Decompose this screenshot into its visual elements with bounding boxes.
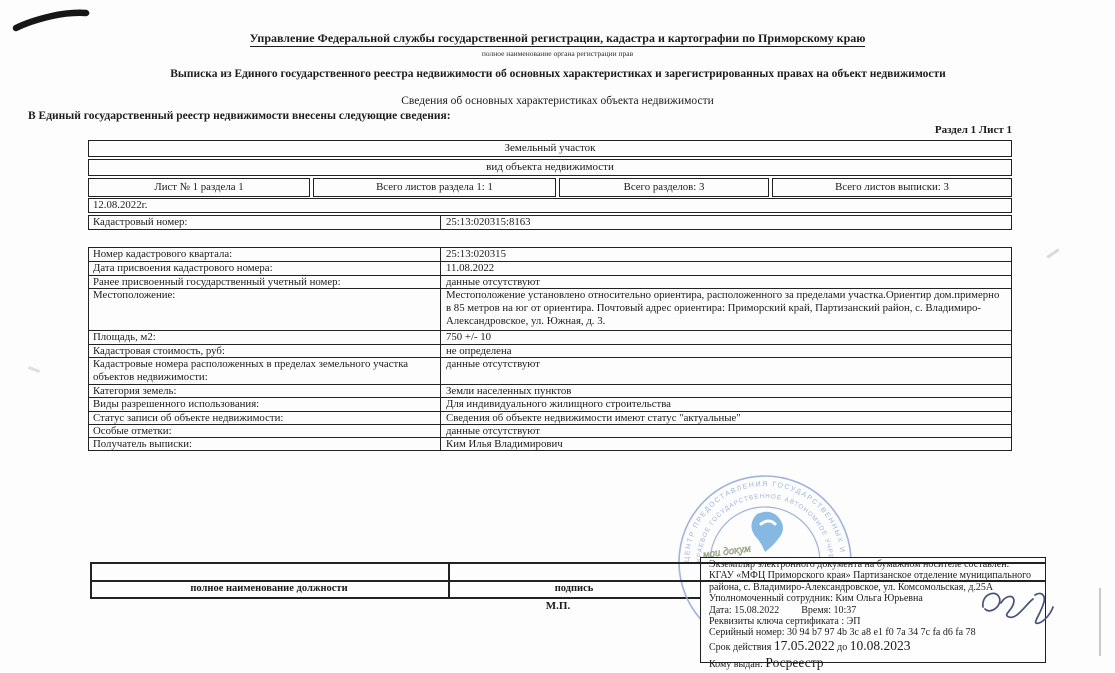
- row-label: Номер кадастрового квартала:: [89, 248, 441, 261]
- position-column-header: полное наименование должности: [90, 581, 448, 597]
- row-label: Статус записи об объекте недвижимости:: [89, 412, 441, 424]
- table-row: Виды разрешенного использования: Для инд…: [89, 397, 1011, 411]
- object-type-cell: Земельный участок: [88, 140, 1012, 157]
- table-row: Дата присвоения кадастрового номера: 11.…: [89, 261, 1011, 275]
- intro-line: В Единый государственный реестр недвижим…: [28, 110, 451, 122]
- row-label: Получатель выписки:: [89, 438, 441, 450]
- table-row: Особые отметки: данные отсутствуют: [89, 424, 1011, 437]
- row-label: Местоположение:: [89, 289, 441, 330]
- document-page: Управление Федеральной службы государств…: [0, 0, 1115, 673]
- sheet-cell-list: Лист № 1 раздела 1: [88, 178, 310, 197]
- scan-artifact-smudge: [1046, 248, 1059, 258]
- validity-prefix: Срок действия: [709, 642, 771, 653]
- extract-date-cell: 12.08.2022г.: [88, 198, 1012, 213]
- row-label: Особые отметки:: [89, 425, 441, 437]
- table-row: Номер кадастрового квартала: 25:13:02031…: [89, 248, 1011, 261]
- row-value: данные отсутствуют: [441, 358, 1011, 384]
- row-value: Земли населенных пунктов: [441, 385, 1011, 397]
- sheet-cell-total-sections: Всего разделов: 3: [559, 178, 769, 197]
- sheet-counts-row: Лист № 1 раздела 1 Всего листов раздела …: [88, 178, 1012, 197]
- validity-to-word: до: [837, 642, 847, 653]
- scan-artifact-line: [1099, 588, 1101, 656]
- signature-table-bottom-border: [90, 597, 700, 599]
- issued-value: Росреестр: [765, 655, 823, 670]
- validity-from-date: 17.05.2022: [774, 638, 835, 653]
- table-row: Категория земель: Земли населенных пункт…: [89, 384, 1011, 397]
- table-row: Статус записи об объекте недвижимости: С…: [89, 411, 1011, 424]
- registration-authority-title: Управление Федеральной службы государств…: [0, 31, 1115, 46]
- object-type-caption-cell: вид объекта недвижимости: [88, 159, 1012, 176]
- cert-issued-line: Кому выдан: Росреестр: [709, 655, 1045, 672]
- row-value: Сведения об объекте недвижимости имеют с…: [441, 412, 1011, 424]
- authority-caption: полное наименование органа регистрации п…: [0, 49, 1115, 58]
- cadastral-number-label: Кадастровый номер:: [89, 216, 441, 229]
- row-value: 25:13:020315: [441, 248, 1011, 261]
- row-value: Местоположение установлено относительно …: [441, 289, 1011, 330]
- row-value: данные отсутствуют: [441, 425, 1011, 437]
- signature-table-mid-border: [90, 580, 1046, 582]
- row-value: 11.08.2022: [441, 262, 1011, 275]
- officer-signature-scribble: [975, 585, 1057, 629]
- scan-artifact-smudge: [28, 366, 40, 373]
- row-label: Кадастровая стоимость, руб:: [89, 345, 441, 357]
- sheet-cell-total-section: Всего листов раздела 1: 1: [313, 178, 556, 197]
- document-subtitle: Сведения об основных характеристиках объ…: [0, 95, 1115, 107]
- sheet-cell-total-sheets: Всего листов выписки: 3: [772, 178, 1012, 197]
- cert-time: Время: 10:37: [801, 605, 856, 616]
- row-label: Кадастровые номера расположенных в преде…: [89, 358, 441, 384]
- row-label: Площадь, м2:: [89, 331, 441, 344]
- cadastral-number-value: 25:13:020315:8163: [441, 216, 1011, 229]
- row-label: Ранее присвоенный государственный учетны…: [89, 276, 441, 288]
- row-value: данные отсутствуют: [441, 276, 1011, 288]
- row-label: Виды разрешенного использования:: [89, 398, 441, 411]
- details-table: Номер кадастрового квартала: 25:13:02031…: [88, 247, 1012, 451]
- row-value: 750 +/- 10: [441, 331, 1011, 344]
- cert-line-1: Экземпляр электронного документа на бума…: [709, 559, 1045, 570]
- table-row: Кадастровые номера расположенных в преде…: [89, 357, 1011, 384]
- document-title: Выписка из Единого государственного реес…: [58, 68, 1058, 80]
- table-row: Получатель выписки: Ким Илья Владимирови…: [89, 437, 1011, 450]
- signature-table-top-border: [90, 562, 1046, 564]
- row-value: Для индивидуального жилищного строительс…: [441, 398, 1011, 411]
- row-value: не определена: [441, 345, 1011, 357]
- section-sheet-label: Раздел 1 Лист 1: [712, 124, 1012, 136]
- table-row: Местоположение: Местоположение установле…: [89, 288, 1011, 330]
- validity-to-date: 10.08.2023: [850, 638, 911, 653]
- table-row: Ранее присвоенный государственный учетны…: [89, 275, 1011, 288]
- row-label: Дата присвоения кадастрового номера:: [89, 262, 441, 275]
- table-row: Кадастровая стоимость, руб: не определен…: [89, 344, 1011, 357]
- cert-validity-line: Срок действия 17.05.2022 до 10.08.2023: [709, 639, 1045, 655]
- table-row: Площадь, м2: 750 +/- 10: [89, 330, 1011, 344]
- mfc-drop-logo-icon: [751, 512, 783, 552]
- row-value: Ким Илья Владимирович: [441, 438, 1011, 450]
- seal-place-label: М.П.: [498, 600, 618, 612]
- row-label: Категория земель:: [89, 385, 441, 397]
- cert-date: Дата: 15.08.2022: [709, 605, 779, 616]
- signature-column-header: подпись: [448, 581, 700, 597]
- cadastral-number-row: Кадастровый номер: 25:13:020315:8163: [88, 215, 1012, 230]
- issued-label: Кому выдан:: [709, 659, 763, 670]
